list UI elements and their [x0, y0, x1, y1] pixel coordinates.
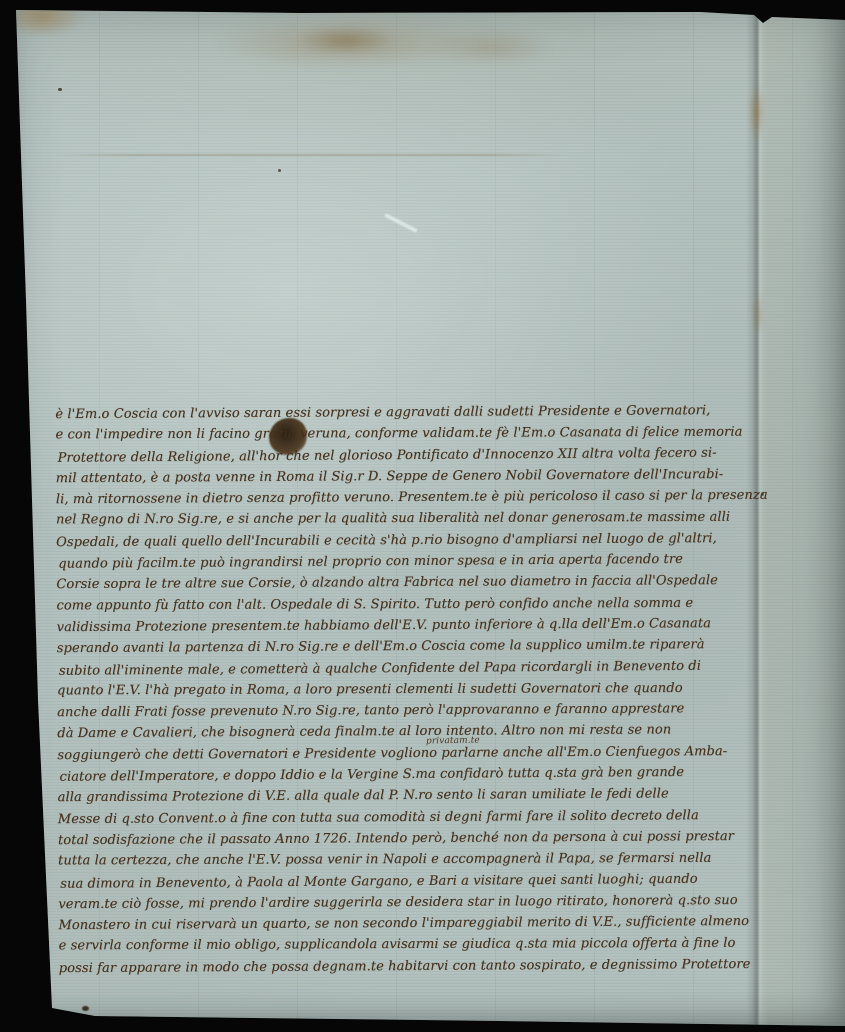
paper-scratch [384, 213, 418, 233]
corner-stain [12, 2, 86, 38]
text-line: possi far apparare in modo che possa deg… [59, 954, 761, 980]
ink-speck [58, 88, 62, 91]
fold-stain [752, 292, 763, 336]
horizontal-crease [55, 154, 570, 156]
ink-speck [278, 169, 281, 172]
text-line: quanto l'E.V. l'hà pregato in Roma, a lo… [57, 677, 759, 701]
folded-margin-strip [762, 0, 845, 1032]
text-line: come appunto fù fatto con l'alt. Ospedal… [56, 592, 758, 616]
ink-speck [82, 1006, 89, 1011]
showthrough-smudge [428, 28, 553, 66]
scanned-letter-page: è l'Em.o Coscia con l'avviso saran essi … [0, 0, 845, 1032]
fold-stain [749, 84, 764, 142]
text-line: nel Regno di N.ro Sig.re, e si anche per… [56, 507, 758, 531]
showthrough-smudge [298, 26, 393, 54]
interlinear-insertion: privatam.te [426, 736, 480, 747]
text-line: e servirla conforme il mio obligo, suppl… [59, 933, 761, 957]
manuscript-text: è l'Em.o Coscia con l'avviso saran essi … [55, 400, 760, 979]
paper-sheet: è l'Em.o Coscia con l'avviso saran essi … [0, 0, 845, 1032]
